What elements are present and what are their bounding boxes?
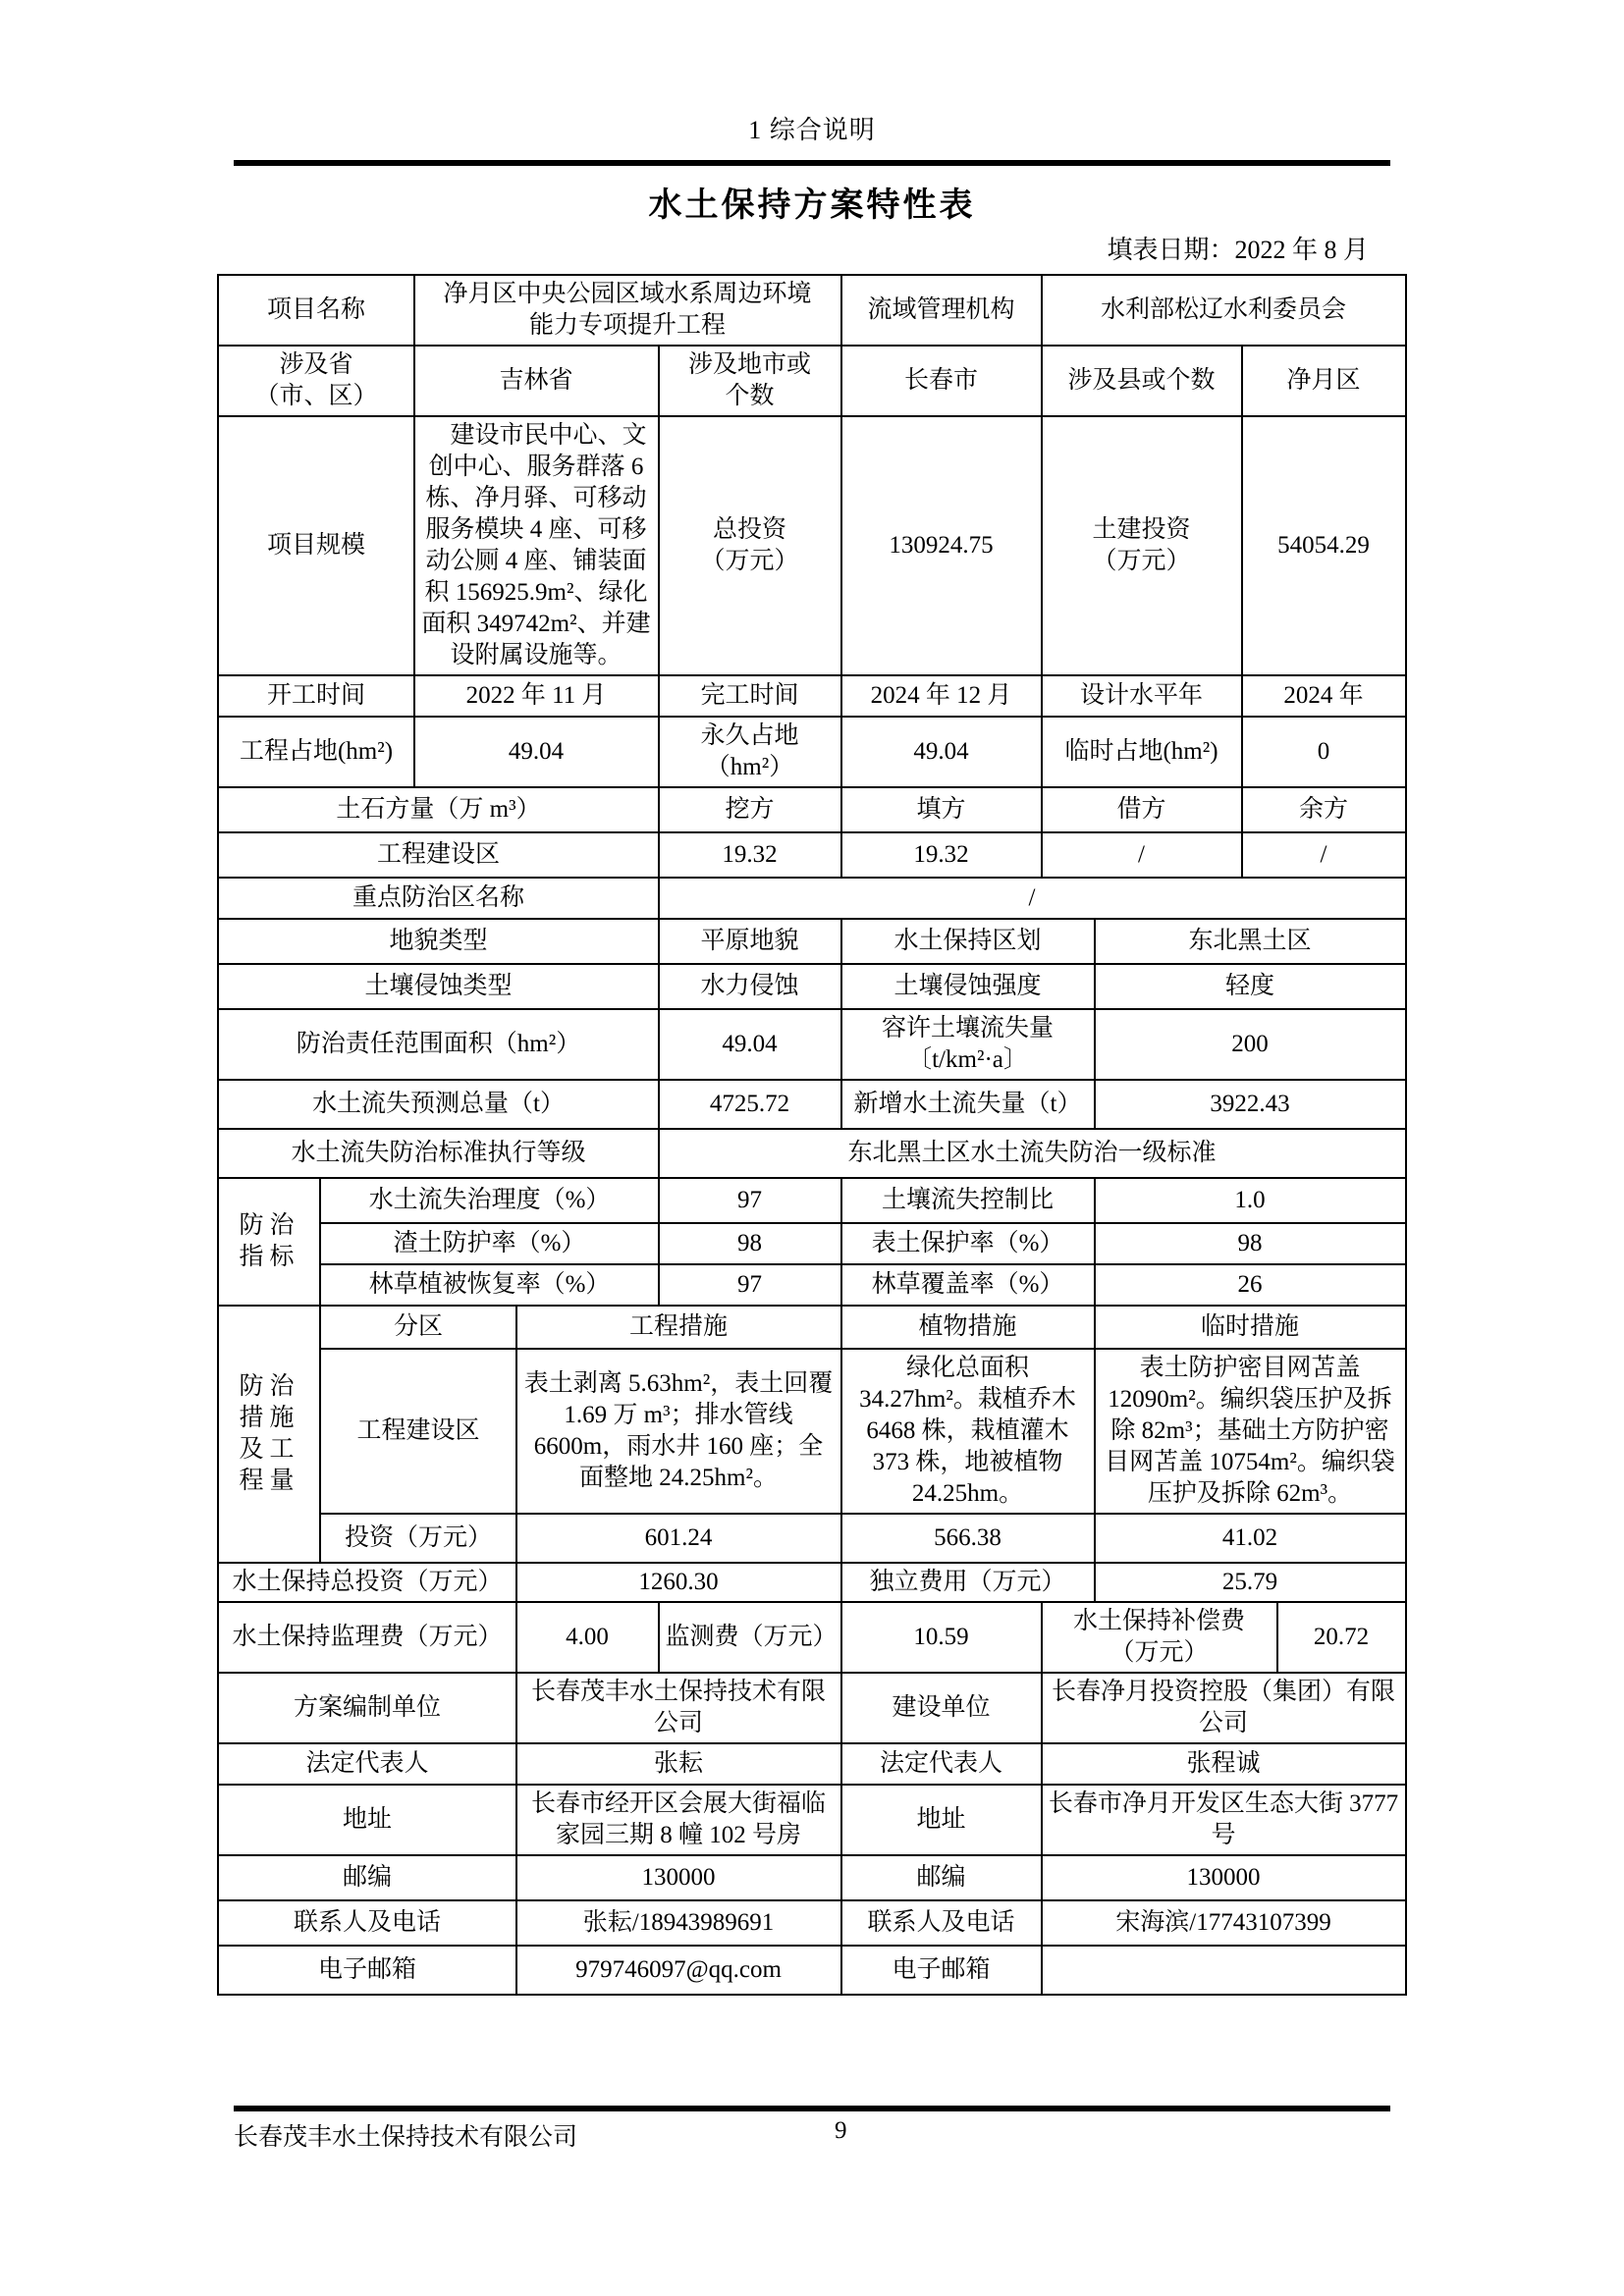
address-label2: 地址 xyxy=(841,1785,1042,1855)
loss-total-value: 4725.72 xyxy=(659,1080,841,1129)
designer-label: 方案编制单位 xyxy=(218,1673,515,1743)
page-number: 9 xyxy=(835,2117,847,2145)
table-row: 防治责任范围面积（hm²） 49.04 容许土壤流失量 〔t/km²·a〕 20… xyxy=(218,1009,1405,1080)
table-row: 水土保持总投资（万元） 1260.30 独立费用（万元） 25.79 xyxy=(218,1563,1405,1602)
table-row: 涉及省 （市、区） 吉林省 涉及地市或 个数 长春市 涉及县或个数 净月区 xyxy=(218,346,1405,416)
basin-agency-label: 流域管理机构 xyxy=(841,275,1042,346)
zip-value2: 130000 xyxy=(1042,1855,1406,1900)
loss-total-label: 水土流失预测总量（t） xyxy=(218,1080,658,1129)
compensation-fee-label: 水土保持补偿费 （万元） xyxy=(1042,1602,1277,1673)
end-date-value: 2024 年 12 月 xyxy=(841,675,1042,717)
fill-label: 填方 xyxy=(841,787,1042,832)
landform-label: 地貌类型 xyxy=(218,919,658,964)
design-year-value: 2024 年 xyxy=(1242,675,1406,717)
constr-surplus-value: / xyxy=(1242,832,1406,878)
table-row: 渣土防护率（%） 98 表土保护率（%） 98 xyxy=(218,1223,1405,1264)
indicator-value2: 98 xyxy=(1095,1223,1406,1264)
table-row: 开工时间 2022 年 11 月 完工时间 2024 年 12 月 设计水平年 … xyxy=(218,675,1405,717)
indicator-value: 97 xyxy=(659,1264,841,1306)
indicator-label: 水土流失治理度（%） xyxy=(320,1178,658,1223)
measures-plant-invest: 566.38 xyxy=(841,1514,1095,1563)
measures-plant-text: 绿化总面积 34.27hm²。栽植乔木 6468 株，栽植灌木 373 株，地被… xyxy=(841,1349,1095,1514)
document-page: 1 综合说明 水土保持方案特性表 填表日期：2022 年 8 月 项目名称 净月… xyxy=(0,0,1624,2296)
total-invest-value: 130924.75 xyxy=(841,416,1042,675)
project-scale-label: 项目规模 xyxy=(218,416,413,675)
civil-invest-value: 54054.29 xyxy=(1242,416,1406,675)
indicator-label2: 表土保护率（%） xyxy=(841,1223,1095,1264)
standard-value: 东北黑土区水土流失防治一级标准 xyxy=(659,1129,1406,1178)
indicator-label: 渣土防护率（%） xyxy=(320,1223,658,1264)
measures-eng-header: 工程措施 xyxy=(516,1306,841,1349)
borrow-label: 借方 xyxy=(1042,787,1242,832)
supervision-fee-label: 水土保持监理费（万元） xyxy=(218,1602,515,1673)
address-value2: 长春市净月开发区生态大街 3777 号 xyxy=(1042,1785,1406,1855)
new-loss-value: 3922.43 xyxy=(1095,1080,1406,1129)
characteristics-table: 项目名称 净月区中央公园区域水系周边环境 能力专项提升工程 流域管理机构 水利部… xyxy=(217,274,1406,1996)
constr-borrow-value: / xyxy=(1042,832,1242,878)
constr-dig-value: 19.32 xyxy=(659,832,841,878)
table-row: 投资（万元） 601.24 566.38 41.02 xyxy=(218,1514,1405,1563)
monitor-fee-value: 10.59 xyxy=(841,1602,1042,1673)
erosion-type-label: 土壤侵蚀类型 xyxy=(218,964,658,1009)
indicator-value: 97 xyxy=(659,1178,841,1223)
table-row: 重点防治区名称 / xyxy=(218,878,1405,919)
city-value: 长春市 xyxy=(841,346,1042,416)
contact-value: 张耘/18943989691 xyxy=(516,1900,841,1946)
key-zone-label: 重点防治区名称 xyxy=(218,878,658,919)
measures-temp-header: 临时措施 xyxy=(1095,1306,1406,1349)
legal-rep-label2: 法定代表人 xyxy=(841,1743,1042,1785)
measures-plant-header: 植物措施 xyxy=(841,1306,1095,1349)
total-invest-value: 1260.30 xyxy=(516,1563,841,1602)
table-row: 项目规模 建设市民中心、文创中心、服务群落 6 栋、净月驿、可移动服务模块 4 … xyxy=(218,416,1405,675)
indicator-value2: 26 xyxy=(1095,1264,1406,1306)
erosion-intensity-value: 轻度 xyxy=(1095,964,1406,1009)
dig-label: 挖方 xyxy=(659,787,841,832)
measures-eng-invest: 601.24 xyxy=(516,1514,841,1563)
table-row: 防治 指标 水土流失治理度（%） 97 土壤流失控制比 1.0 xyxy=(218,1178,1405,1223)
section-heading: 1 综合说明 xyxy=(0,0,1624,146)
indicator-label: 林草植被恢复率（%） xyxy=(320,1264,658,1306)
measures-area-label: 工程建设区 xyxy=(320,1349,515,1514)
table-row: 水土流失防治标准执行等级 东北黑土区水土流失防治一级标准 xyxy=(218,1129,1405,1178)
province-label: 涉及省 （市、区） xyxy=(218,346,413,416)
page-title: 水土保持方案特性表 xyxy=(0,178,1624,226)
indicator-value2: 1.0 xyxy=(1095,1178,1406,1223)
temp-land-value: 0 xyxy=(1242,717,1406,787)
erosion-type-value: 水力侵蚀 xyxy=(659,964,841,1009)
project-name-value: 净月区中央公园区域水系周边环境 能力专项提升工程 xyxy=(414,275,841,346)
builder-label: 建设单位 xyxy=(841,1673,1042,1743)
land-total-value: 49.04 xyxy=(414,717,659,787)
province-value: 吉林省 xyxy=(414,346,659,416)
start-date-value: 2022 年 11 月 xyxy=(414,675,659,717)
table-row: 水土保持监理费（万元） 4.00 监测费（万元） 10.59 水土保持补偿费 （… xyxy=(218,1602,1405,1673)
email-label2: 电子邮箱 xyxy=(841,1946,1042,1995)
project-scale-desc: 建设市民中心、文创中心、服务群落 6 栋、净月驿、可移动服务模块 4 座、可移动… xyxy=(414,416,659,675)
footer-company: 长春茂丰水土保持技术有限公司 xyxy=(234,2124,577,2151)
measures-temp-invest: 41.02 xyxy=(1095,1514,1406,1563)
builder-value: 长春净月投资控股（集团）有限公司 xyxy=(1042,1673,1406,1743)
independent-fee-label: 独立费用（万元） xyxy=(841,1563,1095,1602)
indicator-value: 98 xyxy=(659,1223,841,1264)
zoning-value: 东北黑土区 xyxy=(1095,919,1406,964)
earthwork-label: 土石方量（万 m³） xyxy=(218,787,658,832)
table-row: 土壤侵蚀类型 水力侵蚀 土壤侵蚀强度 轻度 xyxy=(218,964,1405,1009)
total-invest-label: 水土保持总投资（万元） xyxy=(218,1563,515,1602)
zip-value: 130000 xyxy=(516,1855,841,1900)
perm-land-label: 永久占地 （hm²） xyxy=(659,717,841,787)
email-value2 xyxy=(1042,1946,1406,1995)
basin-agency-value: 水利部松辽水利委员会 xyxy=(1042,275,1406,346)
zoning-label: 水土保持区划 xyxy=(841,919,1095,964)
table-row: 方案编制单位 长春茂丰水土保持技术有限公司 建设单位 长春净月投资控股（集团）有… xyxy=(218,1673,1405,1743)
measures-temp-text: 表土防护密目网苫盖 12090m²。编织袋压护及拆除 82m³；基础土方防护密目… xyxy=(1095,1349,1406,1514)
civil-invest-label: 土建投资 （万元） xyxy=(1042,416,1242,675)
table-row: 邮编 130000 邮编 130000 xyxy=(218,1855,1405,1900)
footer-rule xyxy=(234,2106,1390,2111)
allowable-loss-label: 容许土壤流失量 〔t/km²·a〕 xyxy=(841,1009,1095,1080)
table-row: 工程占地(hm²) 49.04 永久占地 （hm²） 49.04 临时占地(hm… xyxy=(218,717,1405,787)
city-label: 涉及地市或 个数 xyxy=(659,346,841,416)
legal-rep-label: 法定代表人 xyxy=(218,1743,515,1785)
zip-label2: 邮编 xyxy=(841,1855,1042,1900)
independent-fee-value: 25.79 xyxy=(1095,1563,1406,1602)
email-label: 电子邮箱 xyxy=(218,1946,515,1995)
total-invest-label: 总投资 （万元） xyxy=(659,416,841,675)
new-loss-label: 新增水土流失量（t） xyxy=(841,1080,1095,1129)
table-row: 电子邮箱 979746097@qq.com 电子邮箱 xyxy=(218,1946,1405,1995)
county-label: 涉及县或个数 xyxy=(1042,346,1242,416)
design-year-label: 设计水平年 xyxy=(1042,675,1242,717)
legal-rep-value2: 张程诚 xyxy=(1042,1743,1406,1785)
measures-side-label: 防治 措施 及工 程量 xyxy=(218,1306,320,1563)
table-row: 水土流失预测总量（t） 4725.72 新增水土流失量（t） 3922.43 xyxy=(218,1080,1405,1129)
table-row: 联系人及电话 张耘/18943989691 联系人及电话 宋海滨/1774310… xyxy=(218,1900,1405,1946)
table-row: 林草植被恢复率（%） 97 林草覆盖率（%） 26 xyxy=(218,1264,1405,1306)
table-row: 工程建设区 表土剥离 5.63hm²，表土回覆 1.69 万 m³；排水管线 6… xyxy=(218,1349,1405,1514)
compensation-fee-value: 20.72 xyxy=(1277,1602,1406,1673)
table-row: 地址 长春市经开区会展大街福临家园三期 8 幢 102 号房 地址 长春市净月开… xyxy=(218,1785,1405,1855)
erosion-intensity-label: 土壤侵蚀强度 xyxy=(841,964,1095,1009)
county-value: 净月区 xyxy=(1242,346,1406,416)
indicators-side-label: 防治 指标 xyxy=(218,1178,320,1306)
contact-label: 联系人及电话 xyxy=(218,1900,515,1946)
perm-land-value: 49.04 xyxy=(841,717,1042,787)
fill-date: 填表日期：2022 年 8 月 xyxy=(228,230,1396,266)
table-row: 法定代表人 张耘 法定代表人 张程诚 xyxy=(218,1743,1405,1785)
contact-value2: 宋海滨/17743107399 xyxy=(1042,1900,1406,1946)
standard-label: 水土流失防治标准执行等级 xyxy=(218,1129,658,1178)
measures-eng-text: 表土剥离 5.63hm²，表土回覆 1.69 万 m³；排水管线 6600m，雨… xyxy=(516,1349,841,1514)
designer-value: 长春茂丰水土保持技术有限公司 xyxy=(516,1673,841,1743)
zip-label: 邮编 xyxy=(218,1855,515,1900)
address-value: 长春市经开区会展大街福临家园三期 8 幢 102 号房 xyxy=(516,1785,841,1855)
indicator-label2: 林草覆盖率（%） xyxy=(841,1264,1095,1306)
constr-fill-value: 19.32 xyxy=(841,832,1042,878)
page-footer: 长春茂丰水土保持技术有限公司 9 xyxy=(234,2106,1390,2153)
table-row: 防治 措施 及工 程量 分区 工程措施 植物措施 临时措施 xyxy=(218,1306,1405,1349)
temp-land-label: 临时占地(hm²) xyxy=(1042,717,1242,787)
land-total-label: 工程占地(hm²) xyxy=(218,717,413,787)
allowable-loss-value: 200 xyxy=(1095,1009,1406,1080)
contact-label2: 联系人及电话 xyxy=(841,1900,1042,1946)
key-zone-value: / xyxy=(659,878,1406,919)
supervision-fee-value: 4.00 xyxy=(516,1602,659,1673)
table-row: 地貌类型 平原地貌 水土保持区划 东北黑土区 xyxy=(218,919,1405,964)
indicator-label2: 土壤流失控制比 xyxy=(841,1178,1095,1223)
table-row: 土石方量（万 m³） 挖方 填方 借方 余方 xyxy=(218,787,1405,832)
responsibility-label: 防治责任范围面积（hm²） xyxy=(218,1009,658,1080)
table-row: 项目名称 净月区中央公园区域水系周边环境 能力专项提升工程 流域管理机构 水利部… xyxy=(218,275,1405,346)
end-date-label: 完工时间 xyxy=(659,675,841,717)
table-row: 工程建设区 19.32 19.32 / / xyxy=(218,832,1405,878)
landform-value: 平原地貌 xyxy=(659,919,841,964)
email-value: 979746097@qq.com xyxy=(516,1946,841,1995)
measures-zone-header: 分区 xyxy=(320,1306,515,1349)
legal-rep-value: 张耘 xyxy=(516,1743,841,1785)
surplus-label: 余方 xyxy=(1242,787,1406,832)
measures-invest-label: 投资（万元） xyxy=(320,1514,515,1563)
project-name-label: 项目名称 xyxy=(218,275,413,346)
constr-area-label: 工程建设区 xyxy=(218,832,658,878)
responsibility-value: 49.04 xyxy=(659,1009,841,1080)
header-rule xyxy=(234,160,1390,166)
monitor-fee-label: 监测费（万元） xyxy=(659,1602,841,1673)
address-label: 地址 xyxy=(218,1785,515,1855)
start-date-label: 开工时间 xyxy=(218,675,413,717)
